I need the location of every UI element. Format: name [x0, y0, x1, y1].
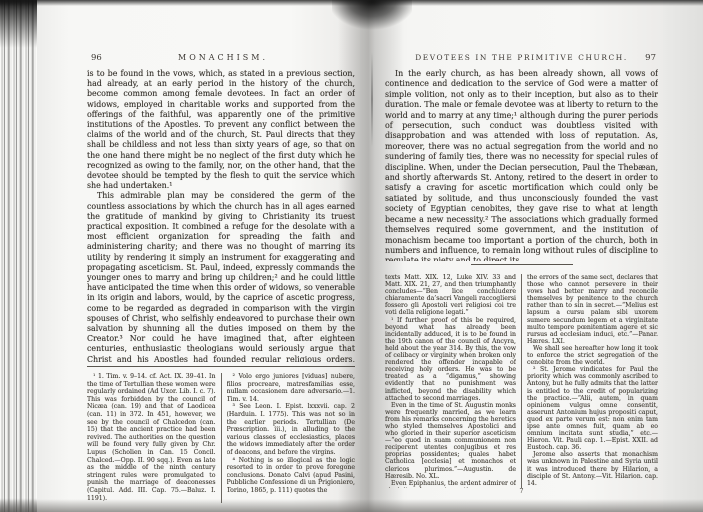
left-page: 96 MONACHISM. is to be found in the vows… — [37, 0, 360, 512]
footnote: ¹ If further proof of this be required, … — [385, 317, 516, 402]
photo-right-margin — [663, 0, 703, 512]
right-footnote-column-2: the errors of the same sect, declares th… — [527, 274, 658, 488]
paragraph: This admirable plan may be considered th… — [87, 191, 355, 362]
footnote: ² Volo ergo juniores [viduas] nubere, fi… — [227, 373, 356, 403]
footnote-column-divider — [521, 274, 522, 488]
book-scan-photo: 96 MONACHISM. is to be found in the vows… — [0, 0, 703, 512]
footnote: Jerome also asserts that monachism was u… — [527, 451, 658, 486]
left-footnote-column-2: ² Volo ergo juniores [viduas] nubere, fi… — [227, 373, 356, 503]
left-footnotes: ¹ 1. Tim. v. 9–14. cf. Act. IX. 39–41. I… — [87, 373, 355, 503]
footnote: ¹ 1. Tim. v. 9–14. cf. Act. IX. 39–41. I… — [87, 373, 216, 502]
left-page-number: 96 — [91, 53, 102, 63]
right-body-text: In the early church, as has been already… — [385, 69, 658, 261]
right-page-header: DEVOTEES IN THE PRIMITIVE CHURCH. 97 — [385, 53, 658, 62]
footnote-column-divider — [221, 373, 222, 503]
left-footnote-rule — [87, 366, 355, 367]
right-footnotes: texts Matt. XIX. 12, Luke XIV. 33 and Ma… — [385, 274, 658, 488]
footnote: ⁴ Nothing is so illogical as the logic r… — [227, 457, 356, 495]
left-running-header: MONACHISM. — [89, 53, 357, 62]
right-footnote-rule — [471, 264, 573, 265]
left-body-text: is to be found in the vows, which, as st… — [87, 69, 355, 362]
right-page-number: 97 — [645, 53, 656, 63]
footnote: Even in the time of St. Augustin monks w… — [385, 402, 516, 480]
right-page: DEVOTEES IN THE PRIMITIVE CHURCH. 97 In … — [360, 0, 663, 512]
right-running-header: DEVOTEES IN THE PRIMITIVE CHURCH. — [385, 53, 658, 62]
left-page-header: 96 MONACHISM. — [89, 53, 357, 62]
footnote: ³ See Leon. I. Epist. lxxxvii. cap. 2 (H… — [227, 403, 356, 456]
footnote: We shall see hereafter how long it took … — [527, 345, 658, 366]
book-fore-edge — [0, 0, 37, 512]
footnote: the errors of the same sect, declares th… — [527, 274, 658, 345]
signature-mark: 7 — [385, 487, 658, 495]
footnote: ² St. Jerome vindicates for Paul the pri… — [527, 366, 658, 451]
right-footnote-column-1: texts Matt. XIX. 12, Luke XIV. 33 and Ma… — [385, 274, 516, 488]
footnote: texts Matt. XIX. 12, Luke XIV. 33 and Ma… — [385, 274, 516, 317]
left-footnote-column-1: ¹ 1. Tim. v. 9–14. cf. Act. IX. 39–41. I… — [87, 373, 216, 503]
paragraph: is to be found in the vows, which, as st… — [87, 69, 355, 191]
paragraph: In the early church, as has been already… — [385, 69, 658, 261]
